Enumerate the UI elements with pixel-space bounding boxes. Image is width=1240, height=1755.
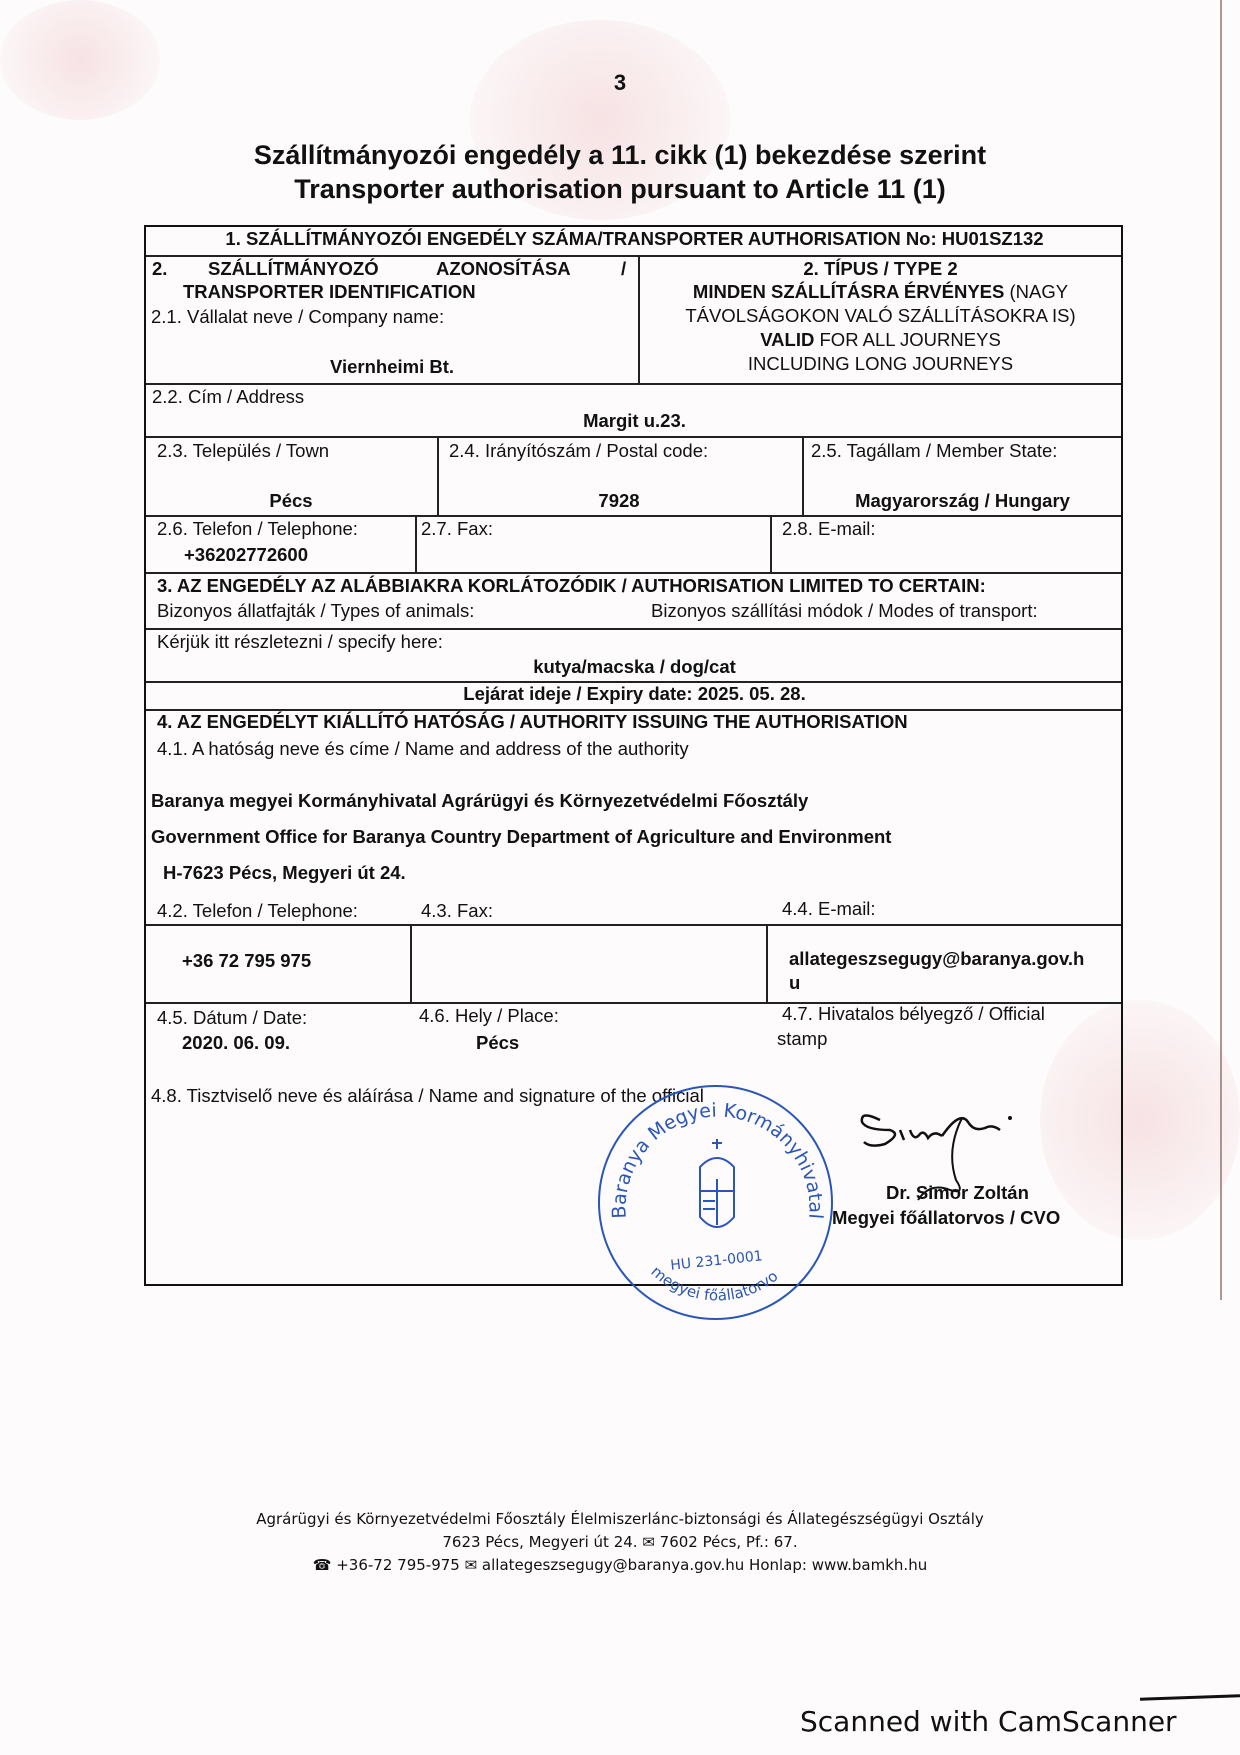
authority-phone-value: +36 72 795 975 — [182, 950, 311, 972]
title-english: Transporter authorisation pursuant to Ar… — [0, 172, 1240, 206]
divider — [770, 515, 772, 572]
type-line-3-rest: FOR ALL JOURNEYS — [814, 329, 1000, 350]
footer-department: Agrárügyi és Környezetvédelmi Főosztály … — [0, 1508, 1240, 1531]
authority-name-en: Government Office for Baranya Country De… — [151, 826, 891, 848]
member-state-value: Magyarország / Hungary — [802, 490, 1123, 512]
postal-code-label: 2.4. Irányítószám / Postal code: — [449, 440, 708, 462]
type-line-1-rest: (NAGY — [1004, 281, 1068, 302]
svg-text:HU 231-0001: HU 231-0001 — [670, 1248, 764, 1274]
type-line-4: INCLUDING LONG JOURNEYS — [638, 353, 1123, 375]
divider — [146, 436, 1121, 438]
divider — [146, 383, 1121, 385]
official-title: Megyei főállatorvos / CVO — [832, 1207, 1060, 1229]
official-name: Dr. Simor Zoltán — [886, 1182, 1029, 1204]
transporter-fax-label: 2.7. Fax: — [421, 518, 493, 540]
section3-heading: 3. AZ ENGEDÉLY AZ ALÁBBIAKRA KORLÁTOZÓDI… — [157, 575, 986, 597]
animal-types-label: Bizonyos állatfajták / Types of animals: — [157, 600, 474, 622]
place-value: Pécs — [476, 1032, 519, 1054]
type-line-3-bold: VALID — [760, 329, 814, 350]
authority-name-hu: Baranya megyei Kormányhivatal Agrárügyi … — [151, 790, 808, 812]
place-label: 4.6. Hely / Place: — [419, 1005, 559, 1027]
town-value: Pécs — [146, 490, 436, 512]
specify-label: Kérjük itt részletezni / specify here: — [157, 631, 443, 653]
stamp-ring-text-icon: Baranya Megyei Kormányhivatal megyei főá… — [600, 1087, 835, 1322]
authority-email-value: allategeszsegugy@baranya.gov.h — [789, 948, 1084, 970]
member-state-label: 2.5. Tagállam / Member State: — [811, 440, 1057, 462]
authority-label: 4.1. A hatóság neve és címe / Name and a… — [157, 738, 689, 760]
company-name-value: Viernheimi Bt. — [146, 356, 638, 378]
type-heading: 2. TÍPUS / TYPE 2 — [638, 258, 1123, 280]
expiry-date: Lejárat ideje / Expiry date: 2025. 05. 2… — [146, 683, 1123, 705]
section2-number: 2. — [152, 258, 167, 280]
authority-email-value-wrap: u — [789, 972, 800, 994]
divider — [146, 255, 1121, 257]
section2-heading-slash: / — [621, 258, 626, 280]
date-value: 2020. 06. 09. — [182, 1032, 290, 1054]
section2-heading-en: TRANSPORTER IDENTIFICATION — [183, 281, 476, 303]
type-line-3: VALID FOR ALL JOURNEYS — [638, 329, 1123, 351]
postal-code-value: 7928 — [437, 490, 801, 512]
divider — [146, 515, 1121, 517]
address-label: 2.2. Cím / Address — [152, 386, 304, 408]
divider — [766, 924, 768, 1002]
company-name-label: 2.1. Vállalat neve / Company name: — [151, 306, 444, 328]
authority-phone-label: 4.2. Telefon / Telephone: — [157, 900, 358, 922]
type-line-1-bold: MINDEN SZÁLLÍTÁSRA ÉRVÉNYES — [693, 281, 1004, 302]
section2-heading-hu-2: AZONOSÍTÁSA — [436, 258, 571, 280]
date-label: 4.5. Dátum / Date: — [157, 1007, 307, 1029]
town-label: 2.3. Település / Town — [157, 440, 329, 462]
scan-smudge — [0, 0, 160, 120]
authority-address: H-7623 Pécs, Megyeri út 24. — [163, 862, 406, 884]
specify-value: kutya/macska / dog/cat — [146, 656, 1123, 678]
official-stamp-label: 4.7. Hivatalos bélyegző / Official — [782, 1003, 1122, 1025]
authority-email-label: 4.4. E-mail: — [782, 898, 876, 920]
type-line-2: TÁVOLSÁGOKON VALÓ SZÁLLÍTÁSOKRA IS) — [638, 305, 1123, 327]
title-hungarian: Szállítmányozói engedély a 11. cikk (1) … — [0, 138, 1240, 172]
footer-contact: ☎ +36-72 795-975 ✉ allategeszsegugy@bara… — [0, 1554, 1240, 1577]
divider — [415, 515, 417, 572]
transport-modes-label: Bizonyos szállítási módok / Modes of tra… — [651, 600, 1038, 622]
authorisation-number: 1. SZÁLLÍTMÁNYOZÓI ENGEDÉLY SZÁMA/TRANSP… — [146, 228, 1123, 250]
type-line-1: MINDEN SZÁLLÍTÁSRA ÉRVÉNYES (NAGY — [638, 281, 1123, 303]
transporter-email-label: 2.8. E-mail: — [782, 518, 876, 540]
scan-streak — [1140, 1694, 1240, 1700]
footer-address: 7623 Pécs, Megyeri út 24. ✉ 7602 Pécs, P… — [0, 1531, 1240, 1554]
divider — [146, 628, 1121, 630]
authority-fax-label: 4.3. Fax: — [421, 900, 493, 922]
official-stamp: Baranya Megyei Kormányhivatal megyei főá… — [598, 1085, 833, 1320]
address-value: Margit u.23. — [146, 410, 1123, 432]
camscanner-watermark: Scanned with CamScanner — [800, 1705, 1177, 1738]
page-number: 3 — [0, 70, 1240, 96]
transporter-phone-label: 2.6. Telefon / Telephone: — [157, 518, 358, 540]
divider — [410, 924, 412, 1002]
section4-heading: 4. AZ ENGEDÉLYT KIÁLLÍTÓ HATÓSÁG / AUTHO… — [157, 711, 908, 733]
divider — [146, 924, 1121, 926]
official-stamp-label-2: stamp — [777, 1028, 827, 1050]
section2-heading-hu: SZÁLLÍTMÁNYOZÓ — [208, 258, 379, 280]
divider — [146, 572, 1121, 574]
transporter-phone-value: +36202772600 — [184, 544, 308, 566]
